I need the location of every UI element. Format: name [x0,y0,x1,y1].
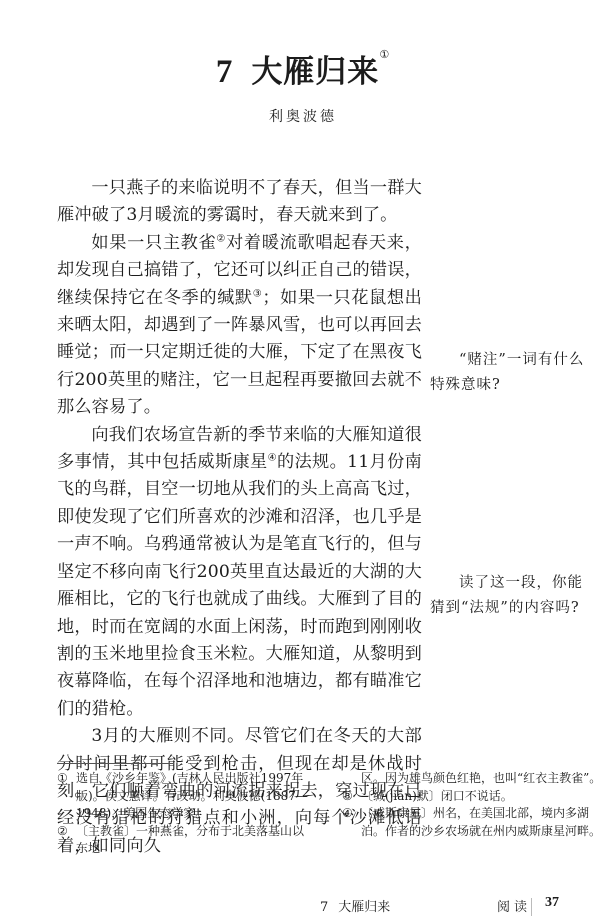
footnote-divider [57,763,174,764]
paragraph-3-text-b: 的法规。11月份南飞的鸟群，目空一切地从我们的头上高高飞过，即使发现了它们所喜欢… [57,452,422,719]
footnote-3: ③ 〔缄(jiān)默〕闭口不说话。 [342,788,604,806]
footnotes-right-column: 区。因为雄鸟颜色红艳，也叫“红衣主教雀”。 ③ 〔缄(jiān)默〕闭口不说话。… [342,770,604,840]
paragraph-3: 向我们农场宣告新的季节来临的大雁知道很多事情，其中包括威斯康星④的法规。11月份… [57,422,422,723]
side-note-1: “赌注”一词有什么特殊意味? [430,348,598,398]
footer-chapter-number: 7 [320,900,328,915]
footnote-ref-3: ③ [253,288,263,299]
footer-section: 阅读 [497,896,531,915]
footnote-3-mark: ③ [342,788,353,806]
paragraph-2-text-a: 如果一只主教雀 [91,233,216,253]
footnote-2-mark: ② [57,823,68,841]
footnote-2-text-part-1: 〔主教雀〕一种燕雀，分布于北美落基山以东地 [76,824,304,856]
lesson-title: 大雁归来 [251,54,379,90]
page-title: 7大雁归来① [0,46,606,91]
side-note-1-text: “赌注”一词有什么特殊意味? [430,348,598,398]
paragraph-2: 如果一只主教雀②对着暖流歌唱起春天来，却发现自己搞错了，它还可以纠正自己的错误，… [57,230,422,422]
paragraph-1: 一只燕子的来临说明不了春天，但当一群大雁冲破了3月暖流的雾霭时，春天就来到了。 [57,175,422,230]
footnote-1: ① 选自《沙乡年鉴》(吉林人民出版社1997年版)。侯文蕙译。有改动。利奥波德(… [57,770,312,823]
footnote-ref-4: ④ [268,452,277,463]
footer-separator [531,898,532,916]
footer-chapter: 7大雁归来 [320,896,390,915]
page-number: 37 [545,895,559,911]
footnote-ref-2: ② [216,233,226,244]
footnote-4-text: 〔威斯康星〕州名，在美国北部，境内多湖泊。作者的沙乡农场就在州内威斯康星河畔。 [361,806,601,838]
footnote-2-text-part-2: 区。因为雄鸟颜色红艳，也叫“红衣主教雀”。 [361,771,601,785]
footnote-3-text: 〔缄(jiān)默〕闭口不说话。 [361,789,513,803]
footnote-1-text: 选自《沙乡年鉴》(吉林人民出版社1997年版)。侯文蕙译。有改动。利奥波德(18… [76,771,308,820]
footnote-2-continued: 区。因为雄鸟颜色红艳，也叫“红衣主教雀”。 [342,770,604,788]
side-note-2: 读了这一段，你能猜到“法规”的内容吗? [430,571,598,621]
footnote-4: ④ 〔威斯康星〕州名，在美国北部，境内多湖泊。作者的沙乡农场就在州内威斯康星河畔… [342,805,604,840]
footnotes-left-column: ① 选自《沙乡年鉴》(吉林人民出版社1997年版)。侯文蕙译。有改动。利奥波德(… [57,770,312,858]
author: 利奥波德 [0,106,606,126]
title-footnote-mark: ① [379,48,390,61]
side-note-2-text: 读了这一段，你能猜到“法规”的内容吗? [430,571,598,621]
footer-chapter-title: 大雁归来 [338,900,390,915]
footnote-1-mark: ① [57,770,68,788]
body-text: 一只燕子的来临说明不了春天，但当一群大雁冲破了3月暖流的雾霭时，春天就来到了。 … [57,175,422,860]
page-footer: 7大雁归来 阅读 37 [0,896,606,916]
lesson-number: 7 [216,54,234,90]
footnote-2: ② 〔主教雀〕一种燕雀，分布于北美落基山以东地 [57,823,312,858]
footnote-4-mark: ④ [342,805,353,823]
